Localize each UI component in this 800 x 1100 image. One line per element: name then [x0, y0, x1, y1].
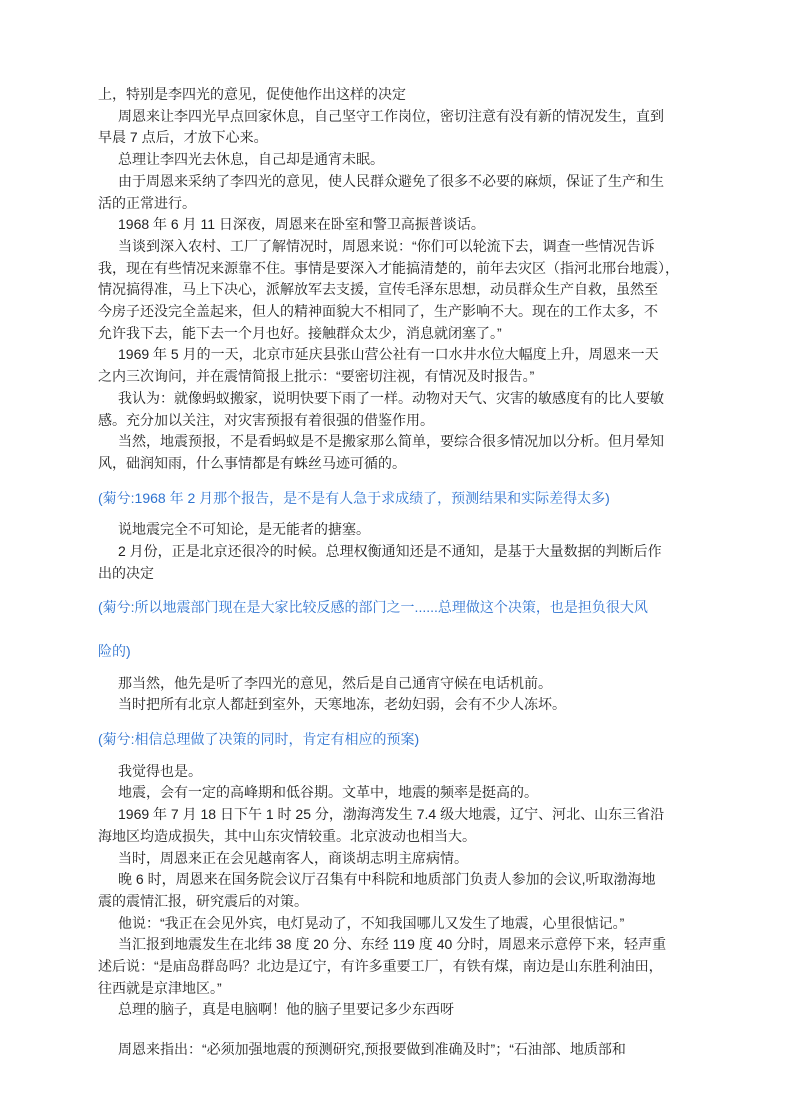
body-paragraph: 周恩来让李四光早点回家休息，自己坚守工作岗位，密切注意有没有新的情况发生，直到 …	[98, 106, 712, 149]
body-paragraph: 1968 年 6 月 11 日深夜，周恩来在卧室和警卫高振普谈话。	[98, 214, 712, 236]
body-paragraph: 说地震完全不可知论，是无能者的搪塞。	[98, 519, 712, 541]
body-paragraph: 当汇报到地震发生在北纬 38 度 20 分、东经 119 度 40 分时，周恩来…	[98, 934, 712, 999]
body-paragraph: 地震，会有一定的高峰期和低谷期。文革中，地震的频率是挺高的。	[98, 782, 712, 804]
body-paragraph: 那当然，他先是听了李四光的意见，然后是自己通宵守候在电话机前。	[98, 673, 712, 695]
body-paragraph: 1969 年 7 月 18 日下午 1 时 25 分，渤海湾发生 7.4 级大地…	[98, 804, 712, 847]
body-paragraph: 晚 6 时，周恩来在国务院会议厅召集有中科院和地质部门负责人参加的会议,听取渤海…	[98, 869, 712, 912]
annotation-paragraph: (菊兮:1968 年 2 月那个报告，是不是有人急于求成绩了，预测结果和实际差得…	[98, 488, 712, 510]
body-paragraph: 2 月份，正是北京还很冷的时候。总理权衡通知还是不通知，是基于大量数据的判断后作…	[98, 541, 712, 584]
body-paragraph: 我觉得也是。	[98, 761, 712, 783]
body-paragraph: 总理让李四光去休息，自己却是通宵未眠。	[98, 149, 712, 171]
body-paragraph: 上，特别是李四光的意见，促使他作出这样的决定	[98, 84, 712, 106]
body-paragraph: 总理的脑子，真是电脑啊！他的脑子里要记多少东西呀	[98, 999, 712, 1021]
body-paragraph: 当时，周恩来正在会见越南客人，商谈胡志明主席病情。	[98, 848, 712, 870]
body-paragraph: 由于周恩来采纳了李四光的意见，使人民群众避免了很多不必要的麻烦，保证了生产和生 …	[98, 171, 712, 214]
body-paragraph: 周恩来指出：“必须加强地震的预测研究,预报要做到准确及时”；“石油部、地质部和	[98, 1039, 712, 1061]
document-body: 上，特别是李四光的意见，促使他作出这样的决定周恩来让李四光早点回家休息，自己坚守…	[98, 84, 712, 1061]
body-paragraph: 当然，地震预报，不是看蚂蚁是不是搬家那么简单，要综合很多情况加以分析。但月晕知 …	[98, 431, 712, 474]
body-paragraph: 他说：“我正在会见外宾，电灯晃动了，不知我国哪儿又发生了地震，心里很惦记。”	[98, 913, 712, 935]
annotation-paragraph: (菊兮:所以地震部门现在是大家比较反感的部门之一......总理做这个决策，也是…	[98, 597, 712, 662]
annotation-paragraph: (菊兮:相信总理做了决策的同时，肯定有相应的预案)	[98, 729, 712, 751]
body-paragraph: 我认为：就像蚂蚁搬家，说明快要下雨了一样。动物对天气、灾害的敏感度有的比人要敏 …	[98, 388, 712, 431]
body-paragraph: 当时把所有北京人都赶到室外，天寒地冻，老幼妇弱，会有不少人冻坏。	[98, 694, 712, 716]
body-paragraph: 当谈到深入农村、工厂了解情况时，周恩来说：“你们可以轮流下去，调查一些情况告诉 …	[98, 236, 712, 345]
body-paragraph: 1969 年 5 月的一天，北京市延庆县张山营公社有一口水井水位大幅度上升，周恩…	[98, 344, 712, 387]
